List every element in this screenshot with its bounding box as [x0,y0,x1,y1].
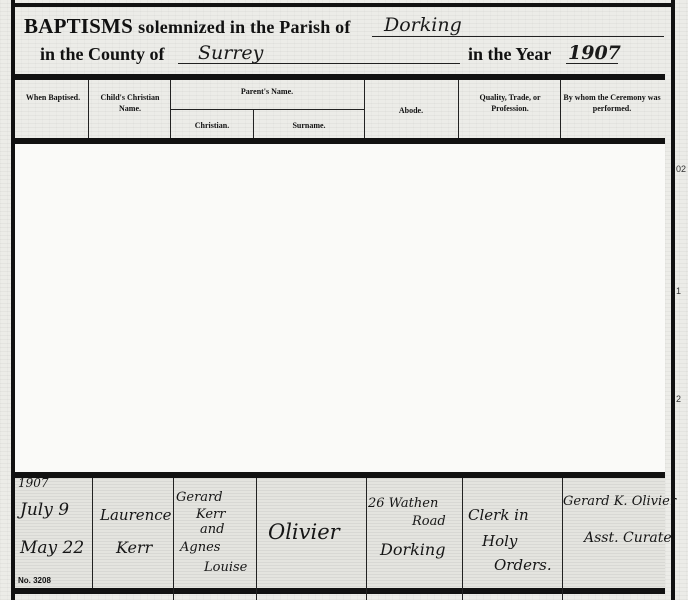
header-by-whom: By whom the Ceremony was performed. [562,92,662,114]
abode-line3: Dorking [380,540,445,559]
parent-christian-line2: Kerr [196,507,226,522]
header-parent-surname: Surname. [254,120,364,131]
blank-register-area [15,144,665,472]
margin-mark-2: 1 [676,286,681,296]
year-value: 1907 [568,42,621,64]
title-baptisms: BAPTISMS [24,14,133,38]
by-whom-line1: Gerard K. Olivier [563,494,676,509]
quality-line1: Clerk in [468,506,529,524]
margin-mark-1: 02 [676,164,686,174]
year-label: in the Year [468,44,551,65]
year-label-text: in the Year [468,44,551,64]
entry-baptism-date: July 9 [20,500,69,520]
header-child-name: Child's Christian Name. [92,92,168,114]
entry-col-divider-5 [462,478,463,600]
header-quality: Quality, Trade, or Profession. [464,92,556,114]
col-divider-1 [88,80,89,138]
col-divider-6 [560,80,561,138]
entry-col-divider-3 [256,478,257,600]
col-divider-5 [458,80,459,138]
parent-christian-line1: Gerard [176,490,223,505]
entry-col-divider-2 [173,478,174,600]
parish-value: Dorking [384,14,462,36]
entry-col-divider-1 [92,478,93,588]
abode-line2: Road [412,514,446,529]
abode-line1: 26 Wathen [368,496,438,511]
entry-top-rule [15,472,665,478]
header-parents-name: Parent's Name. [170,86,364,97]
parent-christian-line4: Agnes [180,540,220,555]
child-name-line1: Laurence [100,506,172,524]
entry-birth-date: May 22 [20,538,84,558]
margin-mark-3: 2 [676,394,681,404]
parent-surname: Olivier [268,520,340,544]
title-rest: solemnized in the Parish of [138,17,350,37]
entry-col-divider-4 [366,478,367,600]
header-abode: Abode. [364,105,458,116]
county-label: in the County of [40,44,165,65]
outer-border-right [671,0,675,600]
entry-number: No. 3208 [18,576,51,585]
by-whom-line2: Asst. Curate [584,530,672,546]
entry-year: 1907 [18,476,49,490]
parent-christian-line5: Louise [204,560,247,575]
outer-border-top [11,3,675,7]
quality-line2: Holy [482,532,517,550]
year-fill-line [566,63,618,64]
parents-name-divider [170,109,364,110]
register-title: BAPTISMS solemnized in the Parish of [24,14,351,39]
county-value: Surrey [198,42,263,64]
header-when-baptised: When Baptised. [18,92,88,103]
header-top-rule [15,74,665,80]
parent-christian-line3: and [200,522,224,537]
child-name-line2: Kerr [116,538,152,557]
quality-line3: Orders. [494,556,552,574]
header-parent-christian: Christian. [172,120,252,131]
parish-fill-line [372,36,664,37]
entry-bottom-rule [15,588,665,594]
